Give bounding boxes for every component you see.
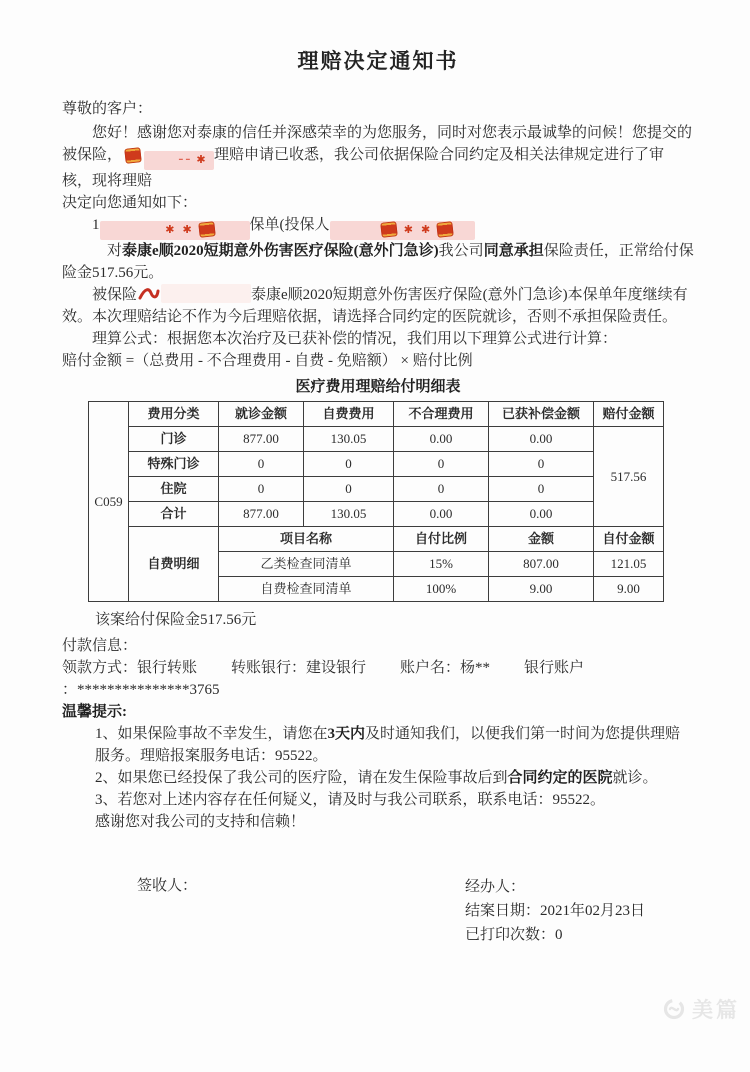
formula-intro: 理算公式：根据您本次治疗及已获补偿的情况，我们用以下理算公式进行计算： (62, 328, 694, 350)
payment-method: 领款方式：银行转账 (62, 660, 197, 676)
tip2-post: 就诊。 (613, 770, 658, 786)
claim-detail-table: C059 费用分类 就诊金额 自费费用 不合理费用 已获补偿金额 赔付金额 门诊… (88, 401, 664, 602)
row-label: 住院 (129, 477, 219, 502)
cell: 0 (489, 452, 594, 477)
signer-label: 签收人： (137, 875, 197, 947)
cell: 0.00 (394, 427, 489, 452)
col-header: 不合理费用 (394, 402, 489, 427)
cell: 0.00 (489, 427, 594, 452)
case-code-cell: C059 (89, 402, 129, 602)
col-header: 就诊金额 (219, 402, 304, 427)
payment-bank: 转账银行：建设银行 (231, 660, 366, 676)
insured-name-redaction-box (161, 284, 251, 303)
firecracker-sticker-icon (124, 147, 141, 164)
intro-line3: 决定向您通知如下： (62, 192, 694, 214)
payment-account-label: 银行账户 (524, 660, 584, 676)
tip1-pre: 1、如果保险事故不幸发生，请您在 (95, 726, 328, 742)
tip-item-1: 1、如果保险事故不幸发生，请您在3天内及时通知我们，以便我们第一时间为您提供理赔… (95, 723, 694, 767)
self-pay-header-row: 自费明细 项目名称 自付比例 金额 自付金额 (89, 527, 664, 552)
policyholder-redaction-box: ✱✱ (330, 221, 475, 240)
sub-col-header: 自付金额 (594, 527, 664, 552)
flower-sticker-icon: ✱ (196, 153, 205, 166)
payment-heading: 付款信息： (62, 635, 694, 657)
tip-item-2: 2、如果您已经投保了我公司的医疗险，请在发生保险事故后到合同约定的医院就诊。 (95, 767, 694, 789)
meipian-watermark: 美篇 (662, 994, 740, 1024)
cell: 130.05 (304, 427, 394, 452)
payout-summary: 该案给付保险金517.56元 (95, 609, 694, 631)
flower-sticker-icon: ✱ (421, 223, 430, 236)
table-row: 门诊 877.00 130.05 0.00 0.00 517.56 (89, 427, 664, 452)
row-label: 特殊门诊 (129, 452, 219, 477)
sub-col-header: 自付比例 (394, 527, 489, 552)
tips-heading: 温馨提示: (62, 701, 694, 723)
handler-label: 经办人： (465, 875, 645, 899)
watermark-text: 美篇 (692, 994, 740, 1024)
cell: 877.00 (219, 427, 304, 452)
decision-paragraph: 对泰康e顺2020短期意外伤害医疗保险(意外门急诊)我公司同意承担保险责任，正常… (62, 240, 694, 284)
item-number: 1 (92, 217, 100, 233)
col-header: 自费费用 (304, 402, 394, 427)
table-row: 住院 0 0 0 0 (89, 477, 664, 502)
signature-block: 签收人： 经办人： 结案日期：2021年02月23日 已打印次数：0 (62, 875, 694, 947)
tip2-pre: 2、如果您已经投保了我公司的医疗险，请在发生保险事故后到 (95, 770, 508, 786)
cell: 0 (489, 477, 594, 502)
name-redaction-box: --✱ (144, 151, 214, 170)
agree-bold: 同意承担 (484, 243, 544, 259)
payment-detail-line: 领款方式：银行转账转账银行：建设银行账户名：杨**银行账户 (62, 657, 694, 679)
tip1-bold: 3天内 (328, 726, 366, 742)
firecracker-sticker-icon (198, 221, 215, 238)
table-header-row: C059 费用分类 就诊金额 自费费用 不合理费用 已获补偿金额 赔付金额 (89, 402, 664, 427)
cell: 877.00 (219, 502, 304, 527)
cell: 121.05 (594, 552, 664, 577)
decision-item-line: 1✱✱保单(投保人✱✱ (62, 214, 694, 240)
cell: 100% (394, 577, 489, 602)
cell: 0 (304, 452, 394, 477)
product-name-bold: 泰康e顺2020短期意外伤害医疗保险(意外门急诊) (122, 243, 439, 259)
cell: 0.00 (489, 502, 594, 527)
flower-sticker-icon: ✱ (183, 223, 192, 236)
row-label: 合计 (129, 502, 219, 527)
handler-block: 经办人： 结案日期：2021年02月23日 已打印次数：0 (465, 875, 645, 947)
row-label: 门诊 (129, 427, 219, 452)
red-scribble-icon (138, 286, 160, 301)
firecracker-sticker-icon (380, 221, 397, 238)
formula-line: 赔付金额 =（总费用 - 不合理费用 - 自费 - 免赔额） × 赔付比例 (62, 350, 694, 372)
sub-col-header: 金额 (489, 527, 594, 552)
policy-text: 保单(投保人 (250, 217, 330, 233)
cell: 9.00 (489, 577, 594, 602)
firecracker-sticker-icon (436, 221, 453, 238)
decision-pre: 对 (107, 243, 122, 259)
cell: 0 (219, 477, 304, 502)
col-header: 已获补偿金额 (489, 402, 594, 427)
decision-mid: 我公司 (439, 243, 484, 259)
payment-account-name: 账户名：杨** (400, 660, 490, 676)
intro-paragraph: 您好！感谢您对泰康的信任并深感荣幸的为您服务，同时对您表示最诚挚的问候！您提交的… (62, 122, 694, 192)
cell: 0 (394, 452, 489, 477)
cell: 9.00 (594, 577, 664, 602)
table-row: 合计 877.00 130.05 0.00 0.00 (89, 502, 664, 527)
cell: 130.05 (304, 502, 394, 527)
flower-sticker-icon: ✱ (404, 223, 413, 236)
close-date: 结案日期：2021年02月23日 (465, 899, 645, 923)
document-title: 理赔决定通知书 (62, 50, 694, 72)
cell: 807.00 (489, 552, 594, 577)
tip-item-3: 3、若您对上述内容存在任何疑义，请及时与我公司联系，联系电话：95522。 (95, 789, 694, 811)
account-number-line: ：***************3765 (62, 679, 694, 701)
col-header: 费用分类 (129, 402, 219, 427)
salutation: 尊敬的客户： (62, 98, 694, 120)
table-title: 医疗费用理赔给付明细表 (62, 376, 694, 398)
validity-pre: 被保险 (92, 287, 137, 303)
intro-line2-pre: 保险， (77, 147, 122, 163)
self-pay-label-cell: 自费明细 (129, 527, 219, 602)
tip2-bold: 合同约定的医院 (508, 770, 613, 786)
redaction-dashes: -- (178, 151, 192, 167)
table-row: 特殊门诊 0 0 0 0 (89, 452, 664, 477)
claim-notice-document: 理赔决定通知书 尊敬的客户： 您好！感谢您对泰康的信任并深感荣幸的为您服务，同时… (0, 0, 750, 1072)
cell: 0.00 (394, 502, 489, 527)
validity-paragraph: 被保险泰康e顺2020短期意外伤害医疗保险(意外门急诊)本保单年度继续有效。本次… (62, 284, 694, 328)
meipian-logo-icon (662, 997, 686, 1021)
thanks-line: 感谢您对我公司的支持和信赖！ (95, 811, 694, 833)
cell: 自费检查同清单 (219, 577, 394, 602)
policy-number-redaction-box: ✱✱ (100, 221, 250, 240)
sub-col-header: 项目名称 (219, 527, 394, 552)
cell: 15% (394, 552, 489, 577)
tips-list: 1、如果保险事故不幸发生，请您在3天内及时通知我们，以便我们第一时间为您提供理赔… (95, 723, 694, 833)
flower-sticker-icon: ✱ (165, 223, 174, 236)
print-count: 已打印次数：0 (465, 923, 645, 947)
payout-total-cell: 517.56 (594, 427, 664, 527)
cell: 0 (304, 477, 394, 502)
cell: 0 (394, 477, 489, 502)
cell: 0 (219, 452, 304, 477)
cell: 乙类检查同清单 (219, 552, 394, 577)
document-body: 理赔决定通知书 尊敬的客户： 您好！感谢您对泰康的信任并深感荣幸的为您服务，同时… (0, 0, 750, 947)
col-header: 赔付金额 (594, 402, 664, 427)
